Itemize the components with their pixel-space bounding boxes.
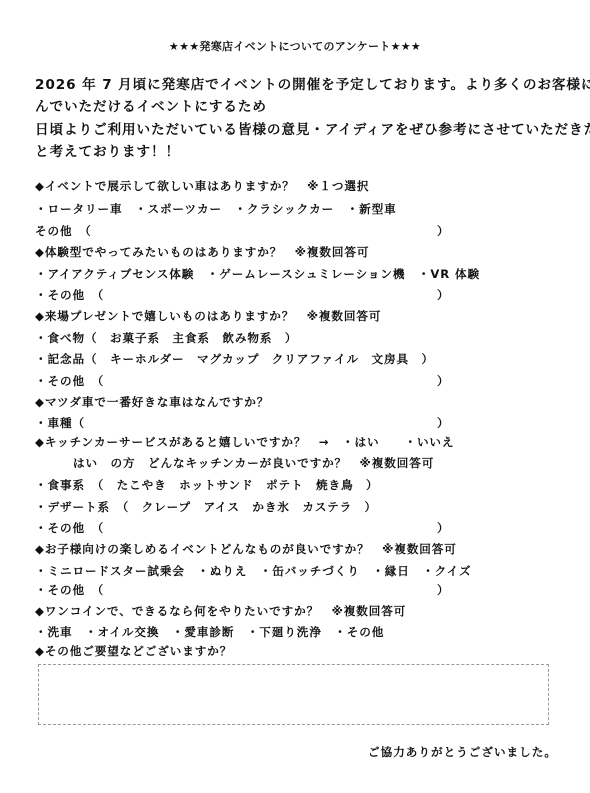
sub-question: はい の方 どんなキッチンカーが良いですか？ ※複数回答可 — [73, 458, 434, 470]
other-line[interactable]: ・その他 （ — [35, 523, 104, 535]
option-line[interactable]: ・アイアクティブセンス体験 ・ゲームレースシュミレーション機 ・VR 体験 — [35, 269, 480, 281]
thanks-message: ご協力ありがとうございました。 — [368, 744, 557, 760]
option-line[interactable]: ・デザート系 （ クレープ アイス かき氷 カステラ ） — [35, 502, 377, 514]
close-paren: ） — [437, 376, 449, 388]
option-line[interactable]: ・ミニロードスター試乗会 ・ぬりえ ・缶バッチづくり ・縁日 ・クイズ — [35, 566, 471, 578]
option-line[interactable]: ・食べ物（ お菓子系 主食系 飲み物系 ） — [35, 333, 297, 345]
close-paren: ） — [437, 290, 449, 302]
other-line[interactable]: ・その他 （ — [35, 376, 104, 388]
close-paren: ） — [437, 418, 449, 430]
close-paren: ） — [437, 523, 449, 535]
other-line[interactable]: その他 （ — [35, 226, 92, 238]
question-heading: ◆お子様向けの楽しめるイベントどんなものが良いですか？ ※複数回答可 — [35, 544, 457, 556]
question-heading: ◆イベントで展示して欲しい車はありますか？ ※１つ選択 — [35, 181, 369, 193]
intro-line-2: んでいただけるイベントにするため — [35, 101, 267, 115]
option-line[interactable]: ・ロータリー車 ・スポーツカー ・クラシックカー ・新型車 — [35, 204, 397, 216]
other-line[interactable]: ・その他 （ — [35, 585, 104, 597]
question-heading: ◆その他ご要望などございますか？ — [35, 646, 232, 658]
question-heading: ◆マツダ車で一番好きな車はなんですか？ — [35, 397, 269, 409]
intro-line-1: 2026 年 7 月頃に発寒店でイベントの開催を予定しております。より多くのお客… — [35, 79, 590, 93]
comment-box[interactable] — [38, 664, 549, 725]
car-model-line[interactable]: ・車種（ — [35, 418, 85, 430]
intro-line-4: と考えております！！ — [35, 146, 180, 160]
question-heading: ◆来場プレゼントで嬉しいものはありますか？ ※複数回答可 — [35, 311, 381, 323]
option-line[interactable]: ・記念品（ キーホルダー マグカップ クリアファイル 文房具 ） — [35, 354, 434, 366]
close-paren: ） — [437, 226, 449, 238]
intro-line-3: 日頃よりご利用いただいている皆様の意見・アイディアをぜひ参考にさせていただきたい — [35, 124, 590, 138]
survey-title: ★★★発寒店イベントについてのアンケート★★★ — [155, 41, 435, 52]
other-line[interactable]: ・その他 （ — [35, 290, 104, 302]
option-line[interactable]: ・食事系 （ たこやき ホットサンド ポテト 焼き鳥 ） — [35, 480, 378, 492]
question-heading: ◆ワンコインで、できるなら何をやりたいですか？ ※複数回答可 — [35, 606, 406, 618]
question-heading: ◆体験型でやってみたいものはありますか？ ※複数回答可 — [35, 247, 369, 259]
option-line[interactable]: ・洗車 ・オイル交換 ・愛車診断 ・下廻り洗浄 ・その他 — [35, 627, 384, 639]
close-paren: ） — [437, 585, 449, 597]
question-heading[interactable]: ◆キッチンカーサービスがあると嬉しいですか？ → ・はい ・いいえ — [35, 437, 454, 449]
